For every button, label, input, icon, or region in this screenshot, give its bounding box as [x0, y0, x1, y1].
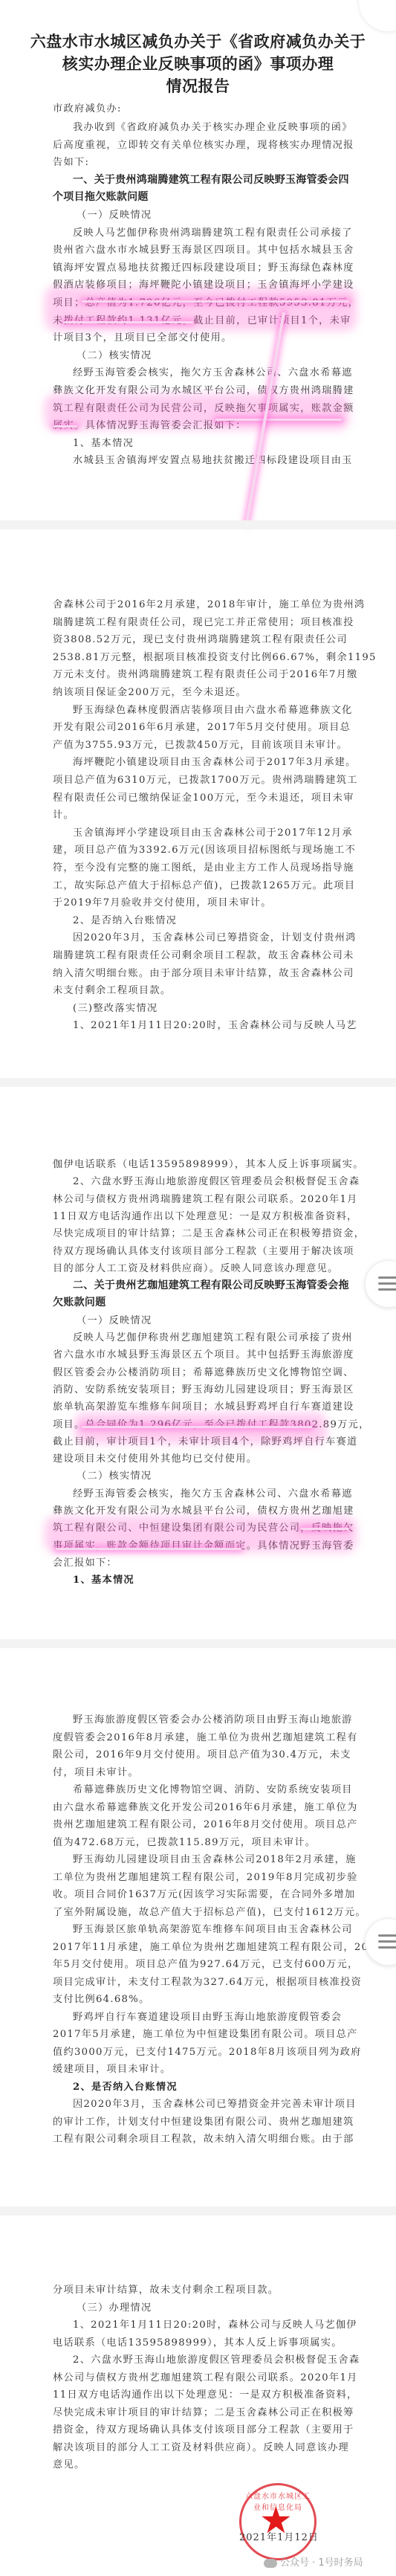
document-text-line: 资3808.52万元，现已支付贵州鸿瑞腾建筑工程有限责任公司 — [53, 631, 343, 649]
document-text-line: 假区管委会办公楼消防项目；希幕遮彝族历史文化博物馆空调、 — [53, 1364, 343, 1382]
document-text-line: 野玉海绿色森林度假酒店装修项目由六盘水希幕遮彝族文化 — [73, 702, 343, 720]
document-text-line: 工，故实际总产值大于招标总产值)，已拨款1265万元。此项目 — [53, 877, 343, 895]
document-text-line: 贵州省六盘水市水城县野玉海景区四项目。其中包括水城县玉舍 — [53, 242, 343, 259]
document-text-line: 纳入清欠明细台账。由于部分项目未审计结算，故玉舍森林公司 — [53, 965, 343, 983]
menu-icon — [378, 1940, 396, 1943]
watermark: 公众号 · 1号时务局 — [264, 2554, 363, 2569]
document-text-line: 了室外附属设施，故总产值大于招标总产值)，已支付1612万元。 — [53, 1904, 343, 1922]
document-text-line: 瑞腾建筑工程有限责任公司，现已完工并正常使用；项目核准投 — [53, 614, 343, 632]
document-text-line: 计项目3个，且项目已全部交付使用。 — [53, 329, 343, 347]
floating-menu-button[interactable] — [365, 1918, 396, 1966]
document-text-line: （二）核实情况 — [77, 347, 346, 365]
document-text-line: 万元未支付。贵州鸿瑞腾建筑工程有限责任公司于2016年7月缴 — [53, 666, 343, 684]
page-separator — [0, 520, 396, 529]
document-text-line: 尽快完成项目的审计结算；二是玉舍森林公司正在积极筹措资金， — [53, 1225, 343, 1243]
document-text-line: 镇海坪安置点易地扶贫搬迁四标段建设项目；野玉海绿色森林度 — [53, 259, 343, 277]
document-text-line: 值为472.68万元，已拨款115.89万元，项目未审计。 — [53, 1834, 343, 1852]
document-text-line: 待双方现场确认具体支付该项目部分工程款（主要用于解决该项 — [53, 1243, 343, 1261]
document-text-line: 因2020年3月，玉舍森林公司已筹措资金并完善未审计项目 — [73, 2096, 343, 2114]
document-text-line: 2017年11月承建，施工单位为贵州艺珈旭建筑工程有限公司，2018 — [53, 1939, 343, 1957]
document-text-line: 反映人马艺伽伊称贵州艺珈旭建筑工程有限公司承接了贵州 — [73, 1329, 343, 1347]
document-text-line: 付，项目未审计。 — [53, 1764, 343, 1782]
document-text-line: 后高度重视，立即转交有关单位核实办理，现将核实办理情况报 — [53, 137, 343, 155]
document-text-line: 分项目未审计结算，故未支付剩余工程项目款。 — [53, 2282, 343, 2299]
document-title-line-3: 情况报告 — [0, 74, 396, 98]
document-text-line: （一）反映情况 — [77, 207, 346, 225]
document-text-line: （一）反映情况 — [77, 1312, 346, 1330]
document-text-line: 1、2021年1月11日20:20时，森林公司与反映人马艺伽伊 — [73, 2317, 343, 2334]
document-text-line: 2、是否纳入台账情况 — [73, 912, 343, 930]
floating-action-button-top[interactable] — [359, 0, 396, 31]
highlight-stroke — [82, 1426, 312, 1428]
document-text-line: 经野玉海管委会核实，拖欠方玉舍森林公司、六盘水希幕遮 — [73, 1485, 343, 1503]
menu-icon — [378, 1282, 396, 1285]
document-text-line: 开发有限公司2016年6月承建，2017年5月交付使用。项目总 — [53, 719, 343, 737]
highlight-stroke — [215, 419, 342, 421]
section-heading: 二、关于贵州艺珈旭建筑工程有限公司反映野玉海管委会拖 — [73, 1277, 343, 1295]
highlight-stroke — [56, 1548, 241, 1550]
document-text-line: 因2020年3月，玉舍森林公司已筹措资金，计划支付贵州鸿 — [73, 929, 343, 947]
document-text-line: 计。 — [53, 807, 343, 824]
document-text-line: 2017年5月承建，施工单位为中恒建设集团有限公司。项目总产 — [53, 2026, 343, 2044]
document-text-line: 舍森林公司于2016年2月承建，2018年审计，施工单位为贵州鸿 — [53, 596, 343, 614]
floating-menu-button[interactable] — [365, 1260, 396, 1308]
document-text-line: 经野玉海管委会核实，拖欠方玉舍森林公司、六盘水希幕遮 — [73, 364, 343, 382]
document-text-line: (三)整改落实情况 — [73, 1000, 343, 1018]
document-text-line: 纳该项目保证金200万元，至今未退还。 — [53, 684, 343, 702]
document-text-line: 11日双方电话沟通作出以下处理意见：一是双方积极准备资料， — [53, 1208, 343, 1226]
document-text-line: 产值为3755.93万元，已拨款450万元，目前该项目未审计。 — [53, 737, 343, 755]
page-separator — [0, 1639, 396, 1648]
highlight-stroke — [53, 425, 77, 427]
document-text-line: 限公司，2016年9月交付使用。项目总产值为30.4万元，未支 — [53, 1746, 343, 1764]
document-text-line: 玉舍镇海坪小学建设项目由玉舍森林公司于2017年12月承 — [73, 824, 343, 842]
document-text-line: 建，项目总产值为3392.6万元(因该项目招标图纸与现场施工不 — [53, 842, 343, 859]
document-text-line: 野鸡坪自行车赛道建设项目由野玉海山地旅游度假管委会 — [73, 2009, 343, 2027]
document-text-line: 希幕遮彝族历史文化博物馆空调、消防、安防系统安装项目 — [73, 1781, 343, 1799]
document-text-line: 尽快完成未审计项目的审计结算；二是玉舍森林公司正在积极筹 — [53, 2404, 343, 2422]
document-text-line: 2、六盘水野玉海山地旅游度假区管理委员会积极督促玉舍森 — [73, 2351, 343, 2369]
document-text-line: 未支付剩余工程项目款。 — [53, 982, 343, 1000]
highlight-stroke — [301, 1528, 349, 1530]
document-title-line-2: 核实办理企业反映事项的函》事项办理 — [0, 52, 396, 76]
highlight-mark — [74, 1413, 327, 1444]
document-date: 2021年1月12日 — [239, 2529, 319, 2543]
document-text-line: 1、基本情况 — [73, 1572, 343, 1589]
document-text-line: 工程有限公司剩余项目工程款，故未纳入清欠明细台账。由于部 — [53, 2131, 343, 2149]
document-text-line: 野玉海幼儿园建设项目由玉舍森林公司2018年2月承建，施 — [73, 1851, 343, 1869]
addressee: 市政府减负办: — [53, 100, 343, 118]
document-text-line: 2、六盘水野玉海山地旅游度假区管理委员会积极督促玉舍森 — [73, 1173, 343, 1191]
document-text-line: 水城县玉舍镇海坪安置点易地扶贫搬迁四标段建设项目由玉 — [73, 452, 343, 470]
document-text-line: （三）办理情况 — [77, 2299, 346, 2317]
document-text-line: 1、基本情况 — [73, 435, 343, 453]
document-text-line: 工单位为贵州艺珈旭建筑工程有限公司，2019年8月完成初步验 — [53, 1869, 343, 1887]
document-text-line: 项目总产值为6310万元，已拨款1700万元。贵州鸿瑞腾建筑工 — [53, 772, 343, 790]
section-heading: 欠账款问题 — [53, 1294, 343, 1312]
document-text-line: 的审计工作，计划支付中恒建设集团有限公司、贵州艺珈旭建筑 — [53, 2114, 343, 2131]
document-text-line: 我办收到《省政府减负办关于核实办理企业反映事项的函》 — [73, 119, 343, 137]
document-text-line: 解决该项目的部分人工工资及材料供应商）。反映人同意该办理 — [53, 2439, 343, 2457]
document-text-line: 意见。 — [53, 2456, 343, 2474]
menu-icon — [378, 1946, 396, 1949]
document-text-line: 目的部分人工工资及材料供应商）。反映人同意该办理意见。 — [53, 1260, 343, 1278]
document-text-line: 项目完成审计，未支付工程款为327.64万元，根据项目核准投资 — [53, 1974, 343, 1992]
menu-icon — [378, 1276, 396, 1279]
official-seal: 六盘水市水城区工业和信息化局 ★ — [239, 2483, 317, 2560]
document-text-line: 贵州艺珈旭建筑工程有限公司，2016年8月交付使用。项目总产 — [53, 1816, 343, 1834]
document-text-line: 省六盘水市水城县野玉海景区五个项目。其中包括野玉海旅游度 — [53, 1346, 343, 1364]
document-text-line: 年5月交付使用。项目总产值为927.64万元，已支付600万元， — [53, 1956, 343, 1974]
document-text-line: 值约3000万元，已支付1475万元。2018年8月该项目列为政府 — [53, 2044, 343, 2062]
wechat-icon — [264, 2559, 277, 2568]
document-text-line: 野玉海景区旅单轨高架游览车维修车间项目由玉舍森林公司 — [73, 1921, 343, 1939]
document-text-line: 于2019年7月验收并交付使用，项目未审计。 — [53, 894, 343, 912]
document-text-line: 收。项目合同价1637万元(因该学习实际需要，在合同外多增加 — [53, 1886, 343, 1904]
document-text-line: 野玉海旅游度假区管委会办公楼消防项目由野玉海山地旅游 — [73, 1711, 343, 1729]
document-text-line: 瑞腾建筑工程有限责任公司剩余项目工程款，故玉舍森林公司未 — [53, 947, 343, 965]
watermark-text: 公众号 · 1号时务局 — [280, 2557, 363, 2569]
document-text-line: （二）核实情况 — [77, 1468, 346, 1485]
document-text-line: 2538.81万元整，根据项目核准投资支付比例66.67%，剩余1195 — [53, 649, 343, 667]
document-text-line: 由六盘水希幕遮彝族文化开发公司2016年6月承建，施工单位为 — [53, 1799, 343, 1817]
highlight-mark — [45, 1517, 357, 1552]
document-text-line: 11日双方电话沟通作出以下处理意见：一是双方积极准备资料， — [53, 2386, 343, 2404]
document-text-line: 海坪鞭陀小镇建设项目由玉舍森林公司于2017年3月承建。 — [73, 754, 343, 772]
page-separator — [0, 2207, 396, 2215]
section-heading: 一、关于贵州鸿瑞腾建筑工程有限公司反映野玉海管委会四 — [73, 172, 343, 190]
document-text-line: 林公司与债权方贵州艺珈旭建筑工程有限公司联系。2020年1月 — [53, 2369, 343, 2387]
document-text-line: 消防、安防系统安装项目；野玉海幼儿园建设项目；野玉海景区 — [53, 1381, 343, 1399]
document-text-line: 反映人马艺伽伊称贵州鸿瑞腾建筑工程有限责任公司承接了 — [73, 225, 343, 242]
highlight-stroke — [63, 321, 193, 323]
document-title-line-1: 六盘水市水城区减负办关于《省政府减负办关于 — [0, 30, 396, 54]
highlight-stroke — [82, 300, 349, 303]
document-text-line: 建设项目未交付使用外其他均已交付使用。 — [53, 1450, 343, 1468]
document-text-line: 度假管委会2016年8月承建，施工单位为贵州艺珈旭建筑工程有 — [53, 1729, 343, 1747]
document-text-line: 缓建项目，项目未审计。 — [53, 2061, 343, 2079]
menu-icon — [378, 1934, 396, 1937]
document-text-line: 会汇报如下： — [53, 1555, 343, 1572]
document-text-line: 伽伊电话联系（电话13595898999），其本人反上诉事项属实。 — [53, 1156, 343, 1174]
document-text-line: 林公司与债权方贵州鸿瑞腾建筑工程有限公司联系。2020年1月 — [53, 1191, 343, 1209]
menu-icon — [378, 1288, 396, 1291]
document-text-line: 程有限责任公司已缴纳保证金100万元，至今未退还，项目未审 — [53, 790, 343, 807]
page-separator — [0, 1078, 396, 1087]
document-text-line: 电话联系（电话13595898999），其本人反上诉事项属实。 — [53, 2334, 343, 2352]
document-text-line: 1、2021年1月11日20:20时，玉舍森林公司与反映人马艺 — [73, 1017, 343, 1035]
document-text-line: 支付比例64.68%。 — [53, 1991, 343, 2009]
document-text-line: 告如下: — [53, 154, 343, 172]
document-text-line: 符，至今没有完整的施工图纸，是由业主方工作人员现场指导施 — [53, 859, 343, 877]
document-text-line: 措资金，待双方现场确认具体支付该项目部分工程款（主要用于 — [53, 2421, 343, 2439]
document-text-line: 2、是否纳入台账情况 — [73, 2079, 343, 2096]
highlight-mark — [45, 394, 349, 430]
highlight-mark — [45, 286, 357, 331]
section-heading: 个项目拖欠账款问题 — [53, 189, 343, 207]
